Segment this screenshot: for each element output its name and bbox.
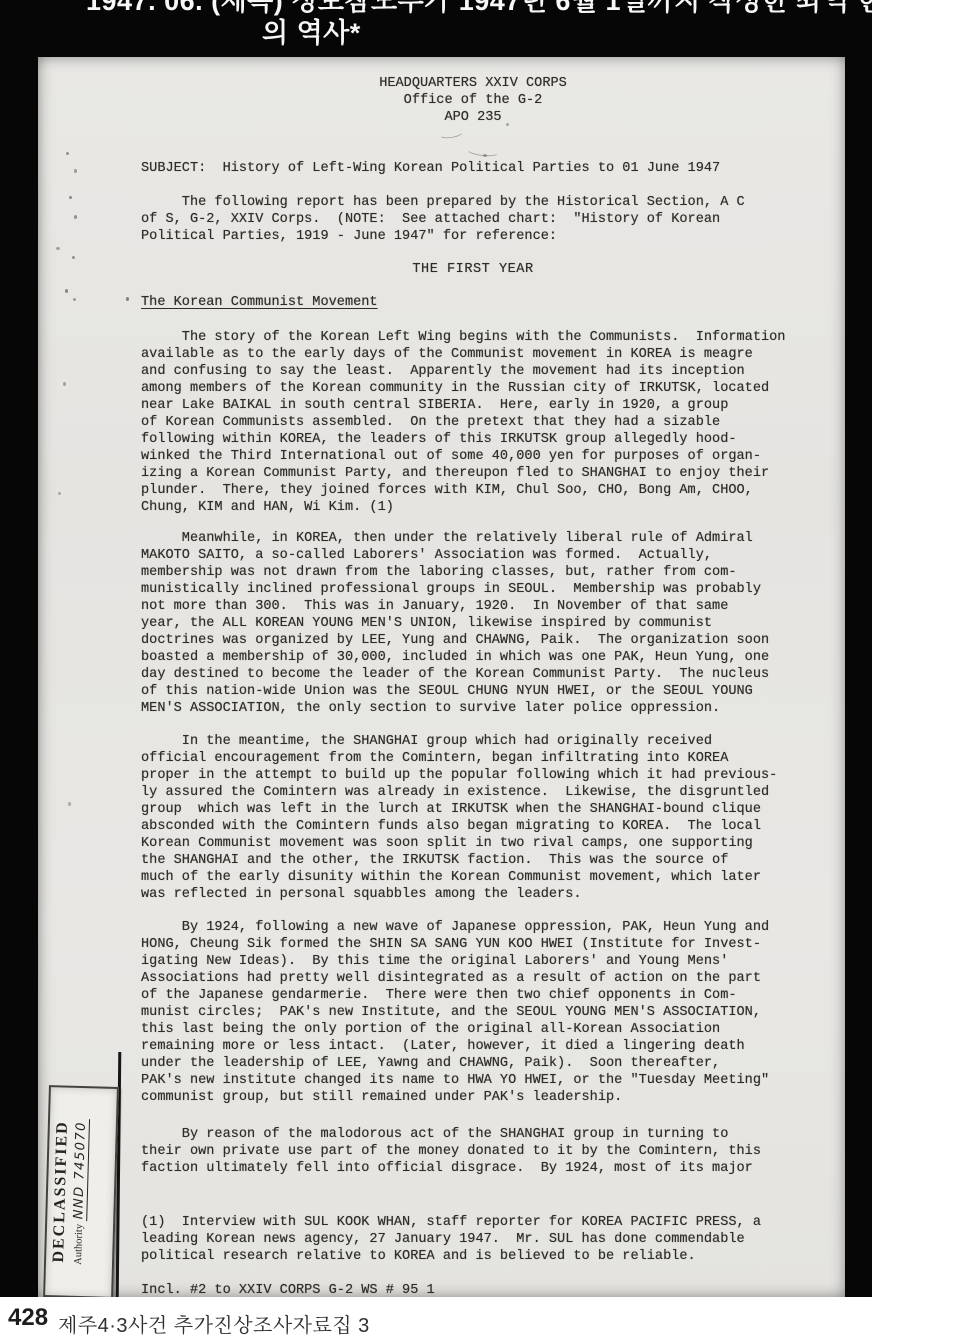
pencil-speck (56, 247, 60, 250)
pencil-speck (73, 298, 76, 301)
footer-book-title: 제주4·3사건 추가진상조사자료집 3 (58, 1309, 370, 1336)
pencil-speck (126, 297, 129, 301)
document-header: HEADQUARTERS XXIV CORPS Office of the G-… (141, 75, 805, 126)
pencil-speck (65, 289, 68, 293)
paragraph-5: By reason of the malodorous act of the S… (141, 1126, 805, 1177)
declassified-stamp: DECLASSIFIED Authority NND 745070 (43, 1085, 119, 1297)
pencil-speck (72, 256, 75, 259)
paragraph-3: In the meantime, the SHANGHAI group whic… (141, 733, 805, 903)
enclosure-line: Incl. #2 to XXIV CORPS G-2 WS # 95 1 (141, 1282, 805, 1297)
declassified-stamp-text: DECLASSIFIED Authority NND 745070 (49, 1092, 113, 1292)
subject-line: SUBJECT: History of Left-Wing Korean Pol… (141, 160, 805, 177)
intro-paragraph: The following report has been prepared b… (141, 194, 805, 245)
stamp-authority: Authority NND 745070 (69, 1093, 90, 1291)
document-paper: HEADQUARTERS XXIV CORPS Office of the G-… (38, 57, 845, 1297)
pencil-speck (68, 802, 71, 806)
stamp-authority-value: NND 745070 (71, 1119, 90, 1222)
footnote: (1) Interview with SUL KOOK WHAN, staff … (141, 1214, 805, 1265)
pencil-speck (74, 215, 77, 219)
pencil-speck (63, 382, 66, 386)
pencil-speck (66, 152, 69, 155)
section-title: THE FIRST YEAR (141, 261, 805, 278)
paragraph-1: The story of the Korean Left Wing begins… (141, 329, 805, 516)
footer-page-number: 428 (8, 1304, 48, 1332)
scanned-page-background: 1947. 06. (제목) 정보참모부가 1947년 6월 1일까지 작성한 … (0, 0, 872, 1297)
paragraph-4: By 1924, following a new wave of Japanes… (141, 919, 805, 1106)
stamp-authority-label: Authority (73, 1224, 85, 1265)
pencil-speck (58, 492, 61, 495)
subsection-title: The Korean Communist Movement (141, 294, 805, 311)
document-content: HEADQUARTERS XXIV CORPS Office of the G-… (141, 75, 805, 1297)
korean-title-line2: 의 역사* (262, 11, 361, 50)
paragraph-2: Meanwhile, in KOREA, then under the rela… (141, 530, 805, 717)
pencil-speck (74, 169, 77, 173)
pencil-speck (69, 196, 72, 199)
korean-title-line1-clipped: 1947. 06. (제목) 정보참모부가 1947년 6월 1일까지 작성한 … (86, 0, 872, 18)
